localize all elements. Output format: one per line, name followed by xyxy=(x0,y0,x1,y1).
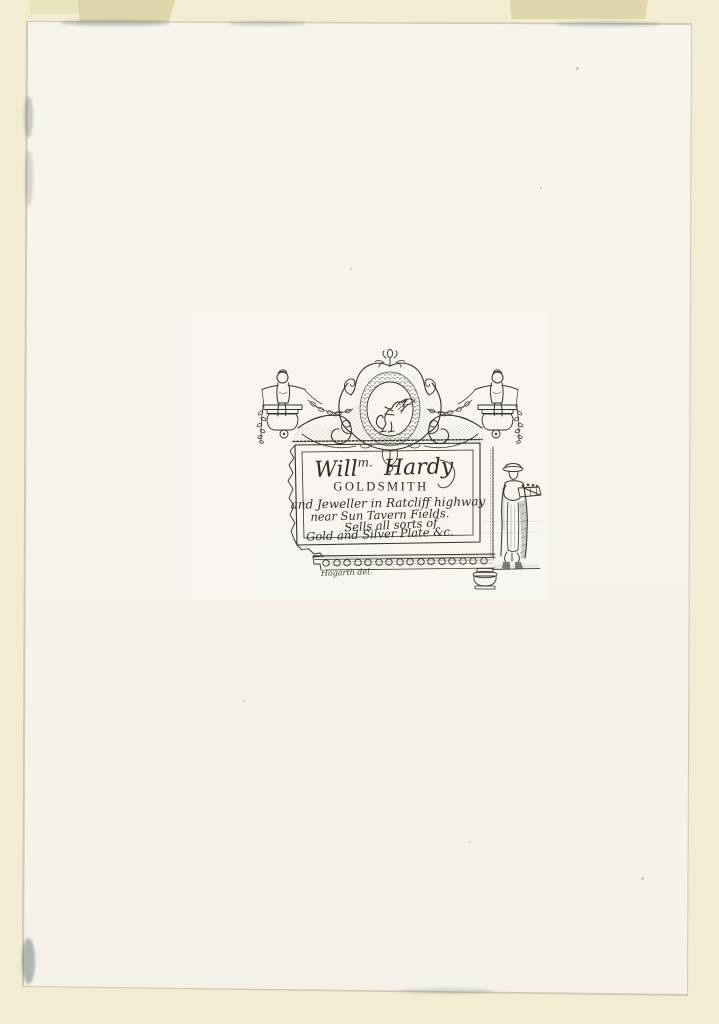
name-superscript: m. xyxy=(357,455,373,469)
smudge-top-edge-2 xyxy=(228,21,306,26)
foxing-speck-5 xyxy=(469,841,471,843)
engraving-trade-card: Willm.Hardy GOLDSMITH and Jeweller in Ra… xyxy=(190,312,550,602)
smudge-top-edge-1 xyxy=(60,20,170,26)
smudge-top-edge-3 xyxy=(556,21,660,27)
smudge-left-edge-2 xyxy=(25,150,33,206)
foxing-speck-2 xyxy=(540,187,542,189)
name-rest: Hardy xyxy=(383,454,455,481)
foxing-speck-6 xyxy=(350,268,352,270)
engraver-signature: Hogarth del. xyxy=(320,567,373,578)
smudge-left-edge-1 xyxy=(24,96,33,138)
foxing-speck-1 xyxy=(576,67,579,70)
foxing-speck-3 xyxy=(641,877,644,880)
foxing-speck-4 xyxy=(243,700,245,702)
card-name-line: Willm.Hardy xyxy=(314,453,454,483)
tape-remnant-top-left xyxy=(30,0,80,14)
profession-line: GOLDSMITH xyxy=(333,480,428,494)
tape-strip-top-right xyxy=(510,0,648,19)
engraving-drawing: Willm.Hardy GOLDSMITH and Jeweller in Ra… xyxy=(190,312,550,602)
smudge-bottom-edge xyxy=(400,988,495,994)
scanned-print-page: Willm.Hardy GOLDSMITH and Jeweller in Ra… xyxy=(0,0,719,1024)
smudge-left-edge-bottom xyxy=(22,938,35,984)
